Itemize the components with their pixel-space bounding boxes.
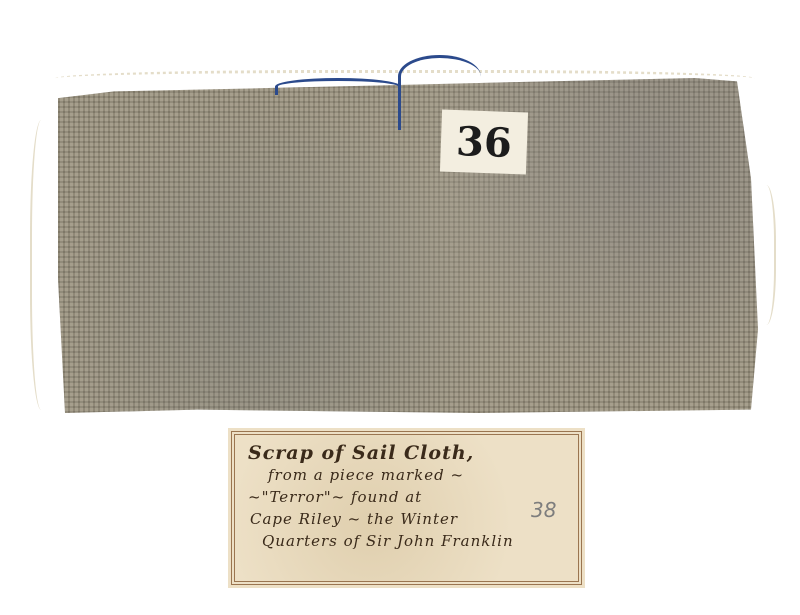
blue-thread-tail — [398, 80, 401, 130]
label-line-3: ~"Terror"~ found at — [248, 488, 573, 506]
label-line-1: Scrap of Sail Cloth, — [248, 442, 573, 464]
blue-thread — [275, 78, 401, 95]
catalogue-number-tag: 36 — [440, 110, 528, 175]
label-line-4: Cape Riley ~ the Winter — [250, 510, 573, 528]
pencil-annotation: 38 — [531, 498, 556, 522]
label-line-5: Quarters of Sir John Franklin — [262, 532, 573, 550]
loose-thread-left — [30, 120, 58, 410]
label-line-2: from a piece marked ~ — [268, 466, 573, 484]
handwritten-label: Scrap of Sail Cloth, from a piece marked… — [228, 428, 585, 588]
sail-cloth-scrap — [58, 78, 758, 413]
blue-thread-loop — [398, 55, 481, 98]
